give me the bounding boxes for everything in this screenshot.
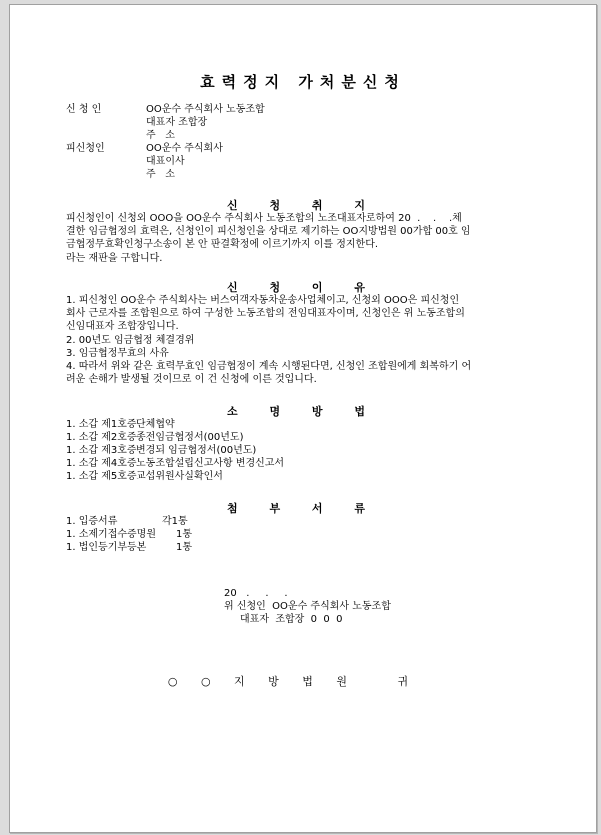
- text-line: 1. 피신청인 OO운수 주식회사는 버스여객자동차운송사업체이고, 신청외 O…: [66, 294, 571, 307]
- purpose-paragraph: 피신청인이 신청외 OOO을 OO운수 주식회사 노동조합의 노조대표자로하여 …: [66, 212, 571, 265]
- text-line: 금협정무효확인청구소송이 본 안 판결확정에 이르기까지 이를 정지한다.: [66, 238, 571, 251]
- text-line: 신임대표자 조합장입니다.: [66, 320, 571, 333]
- section-heading-attachments: 첨 부 서 류: [10, 500, 596, 516]
- signature-representative: 대표자 조합장 0 0 0: [240, 613, 342, 626]
- list-item: 1. 소갑 제5호증교섭위원사실확인서: [66, 470, 223, 483]
- text-line: 려운 손해가 발생될 것이므로 이 건 신청에 이른 것입니다.: [66, 373, 571, 386]
- list-item: 1. 소갑 제3호증변경되 임금협정서(00년도): [66, 444, 256, 457]
- section-heading-purpose: 신 청 취 지: [10, 197, 596, 213]
- signature-applicant: 위 신청인 OO운수 주식회사 노동조합: [224, 600, 391, 613]
- party-line: 주 소: [146, 129, 175, 142]
- list-item: 1. 소갑 제1호증단체협약: [66, 418, 175, 431]
- party-line: 주 소: [146, 168, 175, 181]
- party-label: 신 청 인: [66, 103, 101, 116]
- party-label: 피신청인: [66, 142, 105, 155]
- text-line: 라는 재판을 구합니다.: [66, 252, 571, 265]
- text-line: 회사 근로자를 조합원으로 하여 구성한 노동조합의 전임대표자이며, 신청인은…: [66, 307, 571, 320]
- list-item: 1. 소갑 제2호증종전임금협정서(00년도): [66, 431, 243, 444]
- section-heading-evidence: 소 명 방 법: [10, 403, 596, 419]
- party-line: OO운수 주식회사: [146, 142, 223, 155]
- list-item: 1. 소제기접수증명원1통: [66, 528, 192, 541]
- text-line: 피신청인이 신청외 OOO을 OO운수 주식회사 노동조합의 노조대표자로하여 …: [66, 212, 571, 225]
- signature-date: 20 . . .: [224, 587, 288, 600]
- list-item: 1. 입증서류각1통: [66, 515, 188, 528]
- text-line: 4. 따라서 위와 같은 효력무효인 임금협정이 계속 시행된다면, 신청인 조…: [66, 360, 571, 373]
- document-page: 효력정지 가처분신청 신 청 인 OO운수 주식회사 노동조합 대표자 조합장 …: [9, 4, 597, 833]
- party-line: 대표자 조합장: [146, 116, 207, 129]
- document-title: 효력정지 가처분신청: [10, 71, 596, 92]
- court-addressee: ○ ○ 지 방 법 원 귀: [0, 673, 586, 689]
- text-line: 2. 00년도 임금협정 체결경위: [66, 334, 571, 347]
- reasons-paragraph: 1. 피신청인 OO운수 주식회사는 버스여객자동차운송사업체이고, 신청외 O…: [66, 294, 571, 386]
- list-item: 1. 소갑 제4호증노동조합설립신고사항 변경신고서: [66, 457, 284, 470]
- list-item: 1. 법인등기부등본1통: [66, 541, 192, 554]
- text-line: 결한 임금협정의 효력은, 신청인이 피신청인을 상대로 제기하는 OO지방법원…: [66, 225, 571, 238]
- text-line: 3. 임금협정무효의 사유: [66, 347, 571, 360]
- section-heading-reasons: 신 청 이 유: [10, 279, 596, 295]
- party-line: 대표이사: [146, 155, 185, 168]
- party-line: OO운수 주식회사 노동조합: [146, 103, 265, 116]
